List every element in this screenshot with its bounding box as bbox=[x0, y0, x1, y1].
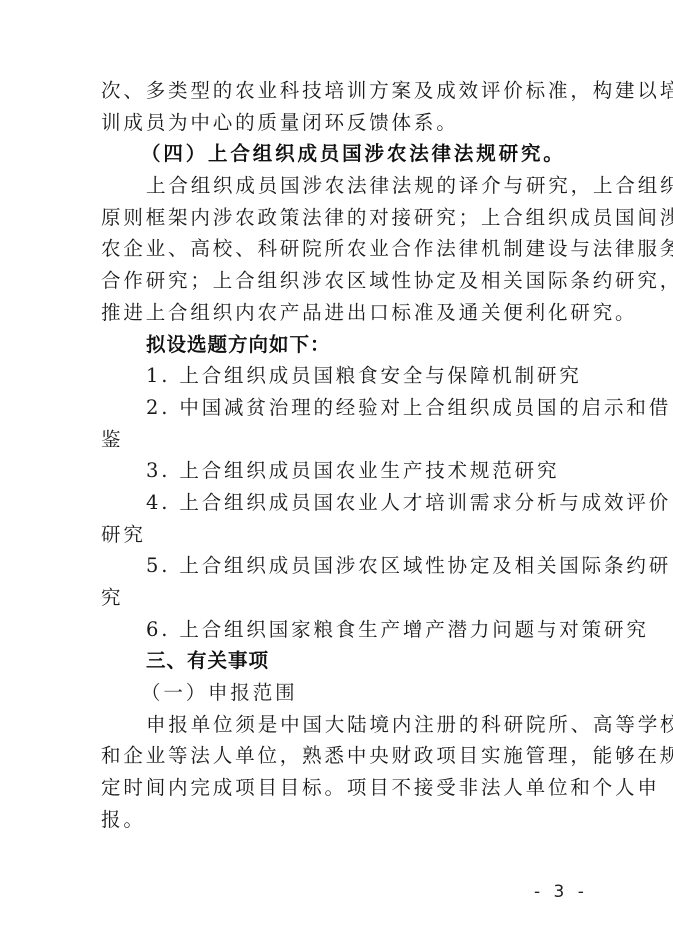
paragraph-line: 原则框架内涉农政策法律的对接研究；上合组织成员国间涉 bbox=[101, 202, 575, 234]
paragraph-line: 申报单位须是中国大陆境内注册的科研院所、高等学校 bbox=[101, 709, 575, 741]
topic-item-1: 1. 上合组织成员国粮食安全与保障机制研究 bbox=[101, 360, 575, 392]
document-page: 次、多类型的农业科技培训方案及成效评价标准，构建以培 训成员为中心的质量闭环反馈… bbox=[101, 75, 575, 836]
page-number: - 3 - bbox=[534, 882, 588, 902]
section-heading-3: 三、有关事项 bbox=[101, 645, 575, 677]
topic-item-6: 6. 上合组织国家粮食生产增产潜力问题与对策研究 bbox=[101, 614, 575, 646]
paragraph-line: 上合组织成员国涉农法律法规的译介与研究，上合组织 bbox=[101, 170, 575, 202]
paragraph-line: 农企业、高校、科研院所农业合作法律机制建设与法律服务 bbox=[101, 233, 575, 265]
topic-item-4: 4. 上合组织成员国农业人才培训需求分析与成效评价 bbox=[101, 487, 575, 519]
section-heading-4: （四）上合组织成员国涉农法律法规研究。 bbox=[101, 138, 575, 170]
paragraph-line: 和企业等法人单位，熟悉中央财政项目实施管理，能够在规 bbox=[101, 740, 575, 772]
paragraph-line: 推进上合组织内农产品进出口标准及通关便利化研究。 bbox=[101, 297, 575, 329]
paragraph-line: 训成员为中心的质量闭环反馈体系。 bbox=[101, 107, 575, 139]
subsection-heading-1: （一）申报范围 bbox=[101, 677, 575, 709]
paragraph-line: 次、多类型的农业科技培训方案及成效评价标准，构建以培 bbox=[101, 75, 575, 107]
paragraph-line: 报。 bbox=[101, 804, 575, 836]
paragraph-line: 定时间内完成项目目标。项目不接受非法人单位和个人申 bbox=[101, 772, 575, 804]
topics-heading: 拟设选题方向如下： bbox=[101, 329, 575, 361]
topic-item-5: 5. 上合组织成员国涉农区域性协定及相关国际条约研 bbox=[101, 550, 575, 582]
topic-item-2: 2. 中国减贫治理的经验对上合组织成员国的启示和借 bbox=[101, 392, 575, 424]
topic-item-2-continued: 鉴 bbox=[101, 424, 575, 456]
topic-item-4-continued: 研究 bbox=[101, 519, 575, 551]
paragraph-line: 合作研究；上合组织涉农区域性协定及相关国际条约研究， bbox=[101, 265, 575, 297]
topic-item-5-continued: 究 bbox=[101, 582, 575, 614]
topic-item-3: 3. 上合组织成员国农业生产技术规范研究 bbox=[101, 455, 575, 487]
